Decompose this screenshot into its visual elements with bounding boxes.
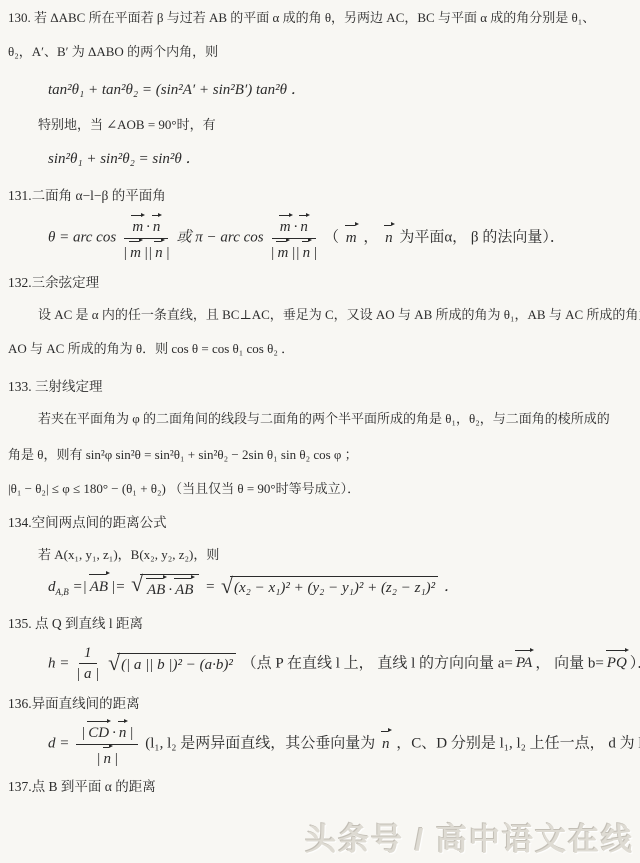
vector-AB: AB — [88, 573, 110, 597]
vector-n: n — [298, 214, 310, 237]
dot-operator: · — [168, 582, 172, 598]
fraction-denominator: |m||n| — [123, 239, 170, 263]
vector-AB: AB — [145, 577, 167, 601]
fraction-denominator: |n| — [96, 745, 118, 769]
radicand: AB·AB — [140, 574, 199, 601]
vector-AB: AB — [173, 577, 195, 601]
equals: = — [205, 579, 215, 595]
item-136-heading: 136.异面直线间的距离 — [8, 694, 632, 714]
period: ． — [444, 579, 459, 595]
formula-135-paren-a: （点 P 在直线 l 上， 直线 l 的方向向量 a= — [242, 655, 513, 671]
vector-n: n — [117, 720, 129, 743]
vector-PA: PA — [514, 649, 534, 673]
fraction-numerator: m·n — [272, 214, 316, 239]
open-paren: （ — [324, 230, 339, 246]
item-130-line-2: θ₂，A′、B′ 为 ΔABO 的两个内角，则 — [8, 42, 632, 62]
item-133-line-2: 角是 θ，则有 sin²φ sin²θ = sin²θ₁ + sin²θ₂ − … — [8, 445, 632, 465]
formula-136-paren-a: (l₁, l₂ 是两异面直线，其公垂向量为 — [145, 736, 375, 752]
subscript-AB: A,B — [56, 587, 69, 597]
watermark: 头条号 / 高中语文在线 — [305, 814, 634, 859]
vector-m: m — [278, 214, 293, 237]
item-131-formula: θ = arc cos m·n |m||n| 或 π − arc cos m·n… — [8, 214, 632, 263]
radical: √(| a || b |)² − (a·b)² — [108, 653, 236, 676]
item-134-line-1: 若 A(x₁, y₁, z₁)，B(x₂, y₂, z₂)，则 — [8, 545, 632, 565]
document-page: 130. 若 ΔABC 所在平面若 β 与过若 AB 的平面 α 成的角 θ，另… — [0, 0, 640, 797]
abs-bars: || — [291, 245, 299, 261]
abs-bar: | — [81, 725, 85, 741]
radicand: (| a || b |)² − (a·b)² — [117, 653, 236, 676]
item-133-heading: 133. 三射线定理 — [8, 377, 632, 397]
formula-135-paren-end: ）． — [630, 655, 640, 671]
vector-m: m — [275, 240, 290, 263]
vector-n: n — [301, 240, 313, 263]
item-136-formula: d = |CD·n| |n| (l₁, l₂ 是两异面直线，其公垂向量为 n ，… — [8, 720, 632, 769]
vector-n: n — [380, 730, 392, 754]
vector-m: m — [128, 240, 143, 263]
fraction-denominator: | a | — [76, 664, 99, 684]
formula-131-mid: 或 π − arc cos — [177, 230, 264, 246]
fraction: m·n |m||n| — [123, 214, 170, 263]
item-131-heading: 131.二面角 α−l−β 的平面角 — [8, 186, 632, 206]
item-134-formula: dA,B =|AB|= √AB·AB = √(x₂ − x₁)² + (y₂ −… — [8, 573, 632, 602]
item-130-line-3: 特别地，当 ∠AOB = 90°时，有 — [8, 115, 632, 135]
abs-bar: | — [114, 751, 118, 767]
fraction-numerator: 1 — [79, 644, 97, 665]
vector-CD: CD — [86, 720, 111, 743]
fraction-numerator: |CD·n| — [76, 720, 138, 745]
item-133-line-3: |θ₁ − θ₂| ≤ φ ≤ 180° − (θ₁ + θ₂) （当且仅当 θ… — [8, 479, 632, 499]
abs-bar: | — [129, 725, 133, 741]
vector-n: n — [102, 746, 114, 769]
fraction-numerator: m·n — [124, 214, 168, 239]
item-135-formula: h = 1 | a | √(| a || b |)² − (a·b)² （点 P… — [8, 644, 632, 685]
abs-bars: || — [144, 245, 152, 261]
vector-n: n — [151, 214, 163, 237]
fraction-denominator: |m||n| — [270, 239, 317, 263]
item-130-line-1: 130. 若 ΔABC 所在平面若 β 与过若 AB 的平面 α 成的角 θ，另… — [8, 8, 632, 28]
variable-d: d — [48, 579, 56, 595]
formula-136-lead: d = — [48, 736, 69, 752]
item-135-heading: 135. 点 Q 到直线 l 距离 — [8, 614, 632, 634]
formula-136-paren-b: ，C、D 分别是 l₁, l₂ 上任一点， d 为 l₁, l₂ 间的距离)． — [396, 736, 640, 752]
formula-135-paren-b: ， 向量 b= — [535, 655, 603, 671]
dot-operator: · — [112, 725, 116, 741]
abs-bar: | — [123, 245, 127, 261]
equals-bar: =| — [73, 579, 87, 595]
abs-bar: | — [313, 245, 317, 261]
vector-n: n — [383, 224, 395, 248]
comma: ， — [363, 230, 378, 246]
item-132-heading: 132.三余弦定理 — [8, 273, 632, 293]
bar-equals: |= — [111, 579, 125, 595]
radicand: (x₂ − x₁)² + (y₂ − y₁)² + (z₂ − z₁)² — [230, 576, 438, 599]
item-133-line-1: 若夹在平面角为 φ 的二面角间的线段与二面角的两个半平面所成的角是 θ₁，θ₂，… — [8, 409, 632, 429]
item-132-line-1: 设 AC 是 α 内的任一条直线，且 BC⊥AC，垂足为 C，又设 AO 与 A… — [8, 305, 632, 325]
vector-m: m — [344, 224, 359, 248]
formula-131-paren-text: 为平面α， β 的法向量）． — [399, 230, 565, 246]
dot-operator: · — [294, 219, 298, 235]
fraction: |CD·n| |n| — [76, 720, 138, 769]
dot-operator: · — [146, 219, 150, 235]
abs-bar: | — [96, 751, 100, 767]
vector-n: n — [153, 240, 165, 263]
formula-131-lead: θ = arc cos — [48, 230, 116, 246]
radical: √(x₂ − x₁)² + (y₂ − y₁)² + (z₂ − z₁)² — [221, 576, 438, 599]
fraction: 1 | a | — [76, 644, 99, 685]
fraction: m·n |m||n| — [270, 214, 317, 263]
vector-PQ: PQ — [605, 649, 629, 673]
item-130-formula-2: sin²θ₁ + sin²θ₂ = sin²θ ． — [8, 149, 632, 169]
vector-m: m — [130, 214, 145, 237]
radical: √AB·AB — [131, 574, 199, 601]
item-134-heading: 134.空间两点间的距离公式 — [8, 513, 632, 533]
item-137-heading: 137.点 B 到平面 α 的距离 — [8, 777, 632, 797]
item-130-formula-1: tan²θ₁ + tan²θ₂ = (sin²A′ + sin²B′) tan²… — [8, 80, 632, 100]
abs-bar: | — [270, 245, 274, 261]
formula-135-lead: h = — [48, 655, 69, 671]
abs-bar: | — [166, 245, 170, 261]
item-132-line-2: AO 与 AC 所成的角为 θ．则 cos θ = cos θ₁ cos θ₂ … — [8, 339, 632, 359]
